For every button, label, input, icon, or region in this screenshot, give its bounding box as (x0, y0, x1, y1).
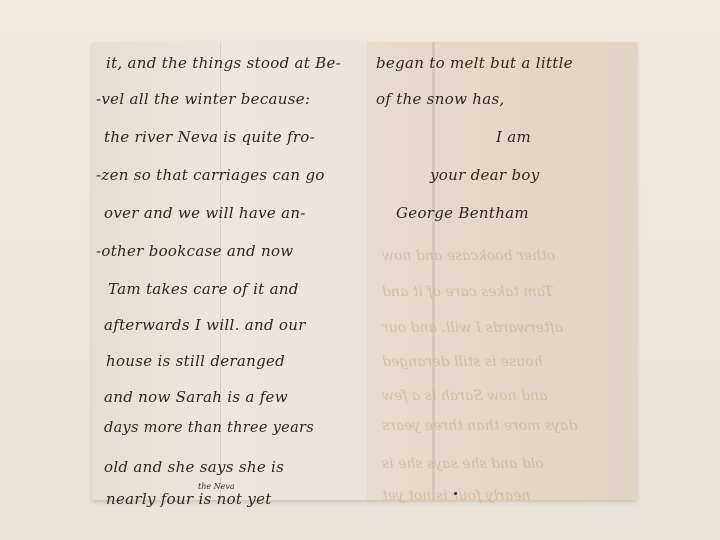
left-line-1: it, and the things stood at Be- (106, 54, 341, 72)
bleed-through-line: days more than three years (382, 418, 577, 434)
left-line-12: old and she says she is (104, 458, 284, 476)
bleed-through-line: nearly four is not yet (382, 488, 530, 504)
left-line-8: afterwards I will. and our (104, 316, 306, 334)
letter-sheet: it, and the things stood at Be- -vel all… (92, 42, 637, 500)
left-line-7: Tam takes care of it and (108, 280, 299, 298)
bleed-through-line: old and she says she is (382, 456, 544, 472)
bleed-through-line: Tam takes care of it and (382, 284, 553, 300)
bleed-through-line: afterwards I will. and our (382, 320, 563, 336)
left-line-2: -vel all the winter because: (96, 90, 310, 108)
left-line-10: and now Sarah is a few (104, 388, 288, 406)
left-line-9: house is still deranged (106, 352, 285, 370)
left-line-5: over and we will have an- (104, 204, 306, 222)
bleed-through-line: house is still deranged (382, 354, 543, 370)
left-line-6: -other bookcase and now (96, 242, 293, 260)
bleed-through-line: and now Sarah is a few (382, 388, 547, 404)
valediction: your dear boy (430, 166, 539, 184)
closing-line: I am (496, 128, 531, 146)
left-line-3: the river Neva is quite fro- (104, 128, 315, 146)
right-line-2: of the snow has, (376, 90, 505, 108)
left-line-13: nearly four is not yet (106, 490, 272, 508)
ink-spot (454, 492, 457, 495)
signature: George Bentham (396, 204, 529, 222)
left-line-4: -zen so that carriages can go (96, 166, 325, 184)
bleed-through-line: other bookcase and now (382, 248, 555, 264)
right-line-1: began to melt but a little (376, 54, 573, 72)
left-line-11: days more than three years (104, 420, 314, 436)
